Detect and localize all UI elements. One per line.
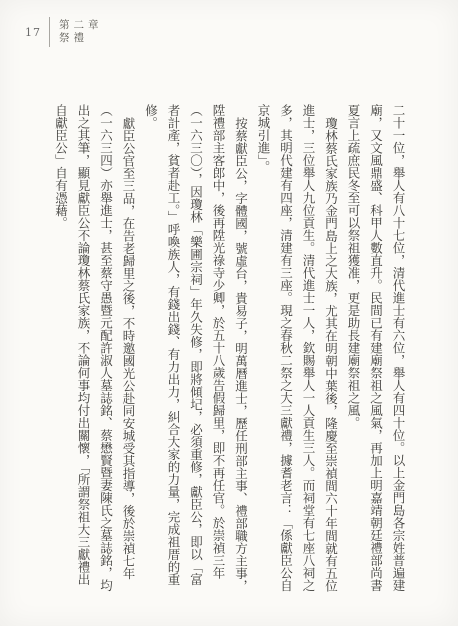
paragraph-3: 按蔡獻臣公，字體國，號虛台，貴易子，明萬曆進士，歷任刑部主事、禮部職方主事，陞禮… [139,104,252,594]
body-text: 二十一位，舉人有八十七位，清代進士有六位，舉人有四十位。以上金門島各宗姓普遍建廟… [49,104,409,594]
page-header: 17 第二章 祭禮 [23,17,103,47]
header-divider [49,17,50,47]
chapter-title: 第二章 [59,19,103,32]
section-title: 祭禮 [59,32,103,45]
book-page: 17 第二章 祭禮 二十一位，舉人有八十七位，清代進士有六位，舉人有四十位。以上… [0,0,458,626]
paragraph-2: 瓊林蔡氏家族乃金門島上之大族，尤其在明朝中葉後，隆慶至崇禎間六十年間就有五位進士… [252,104,342,594]
page-number: 17 [23,26,41,39]
paragraph-4: 獻臣公官至三品，在告老歸里之後，不時邀國光公赴同安城受其指導，後於崇禎七年（一六… [49,104,139,594]
paragraph-1: 二十一位，舉人有八十七位，清代進士有六位，舉人有四十位。以上金門島各宗姓普遍建廟… [342,104,410,594]
chapter-block: 第二章 祭禮 [59,19,103,45]
